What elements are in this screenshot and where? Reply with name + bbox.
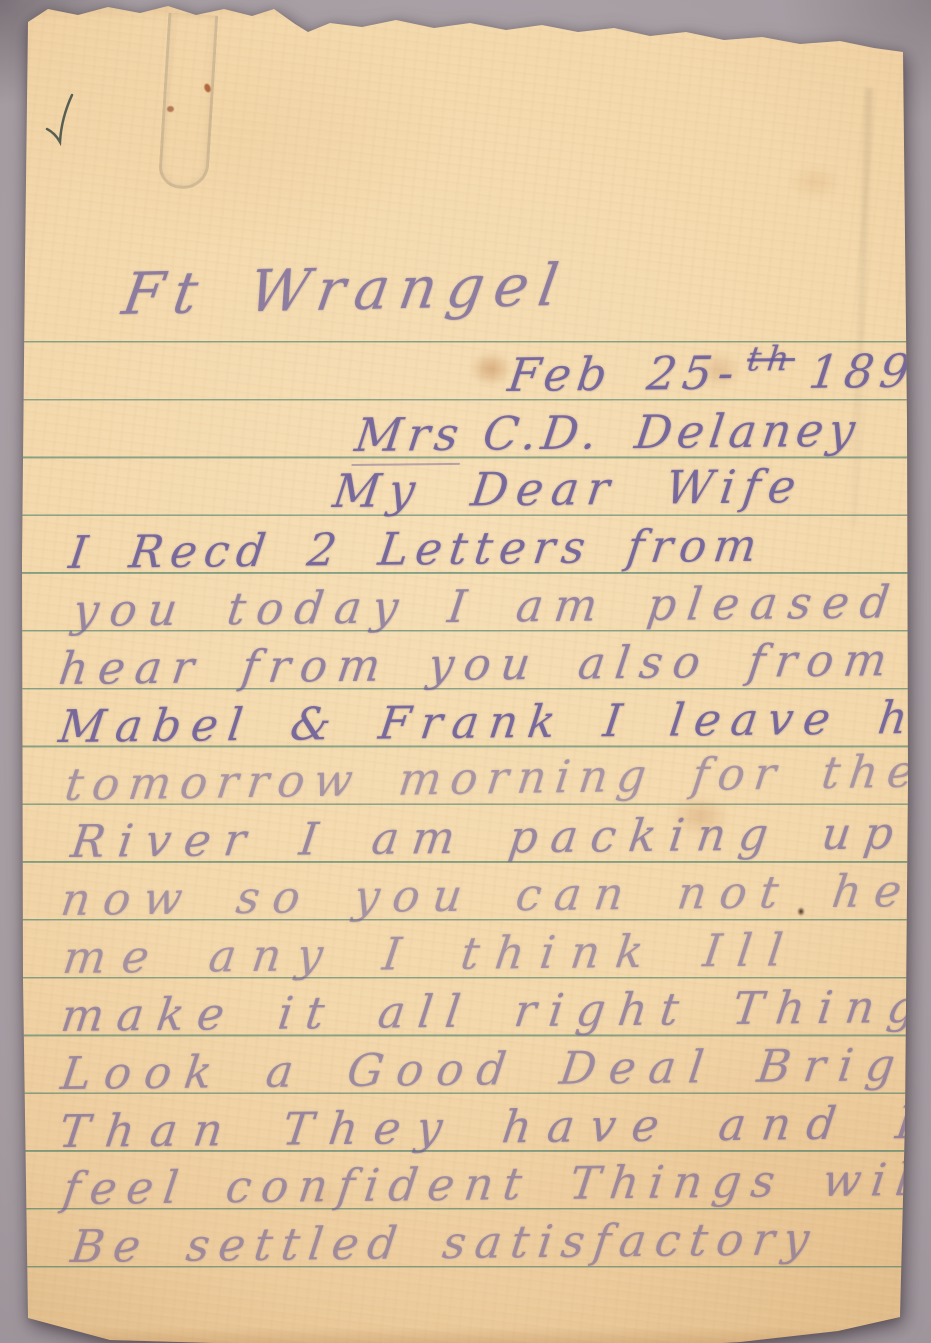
paperclip-impression-mark [158, 13, 219, 191]
stray-pen-mark [44, 92, 76, 152]
letter-recipient: MrsC.D. Delaney [352, 403, 863, 462]
letter-line: now so you can not help [58, 863, 931, 926]
letter-photograph: Ft Wrangel Feb 25-th1899 MrsC.D. Delaney… [0, 0, 931, 1343]
letter-line: Be settled satisfactory [68, 1212, 821, 1273]
recipient-name: C.D. Delaney [480, 403, 863, 461]
date-year: 1899 [806, 343, 931, 398]
letter-paper: Ft Wrangel Feb 25-th1899 MrsC.D. Delaney… [0, 0, 931, 1343]
rust-speck [167, 106, 174, 112]
letter-line: hear from you also from [56, 633, 900, 695]
letter-line: feel confident Things will [60, 1153, 931, 1215]
letter-line: me any I think Ill [60, 923, 802, 984]
letter-line: make it all right Things [58, 980, 931, 1042]
letter-line: Mabel & Frank I leave here [56, 690, 931, 753]
letter-place: Ft Wrangel [118, 251, 573, 328]
paper-shadow: Ft Wrangel Feb 25-th1899 MrsC.D. Delaney… [0, 0, 931, 1343]
letter-line: River I am packing up [68, 806, 909, 868]
foxing-top-right [778, 158, 852, 206]
letter-salutation: My Dear Wife [330, 459, 807, 518]
letter-line: Than They have and I [56, 1096, 931, 1158]
letter-line: you today I am pleased to [70, 574, 931, 637]
date-ordinal-suffix: th [745, 339, 798, 379]
recipient-title: Mrs [351, 407, 466, 466]
date-day: Feb 25- [505, 346, 743, 402]
letter-line: Look a Good Deal Brighter [58, 1037, 931, 1100]
letter-date: Feb 25-th1899 [505, 343, 931, 402]
letter-line: I Recd 2 Letters from [66, 519, 767, 579]
